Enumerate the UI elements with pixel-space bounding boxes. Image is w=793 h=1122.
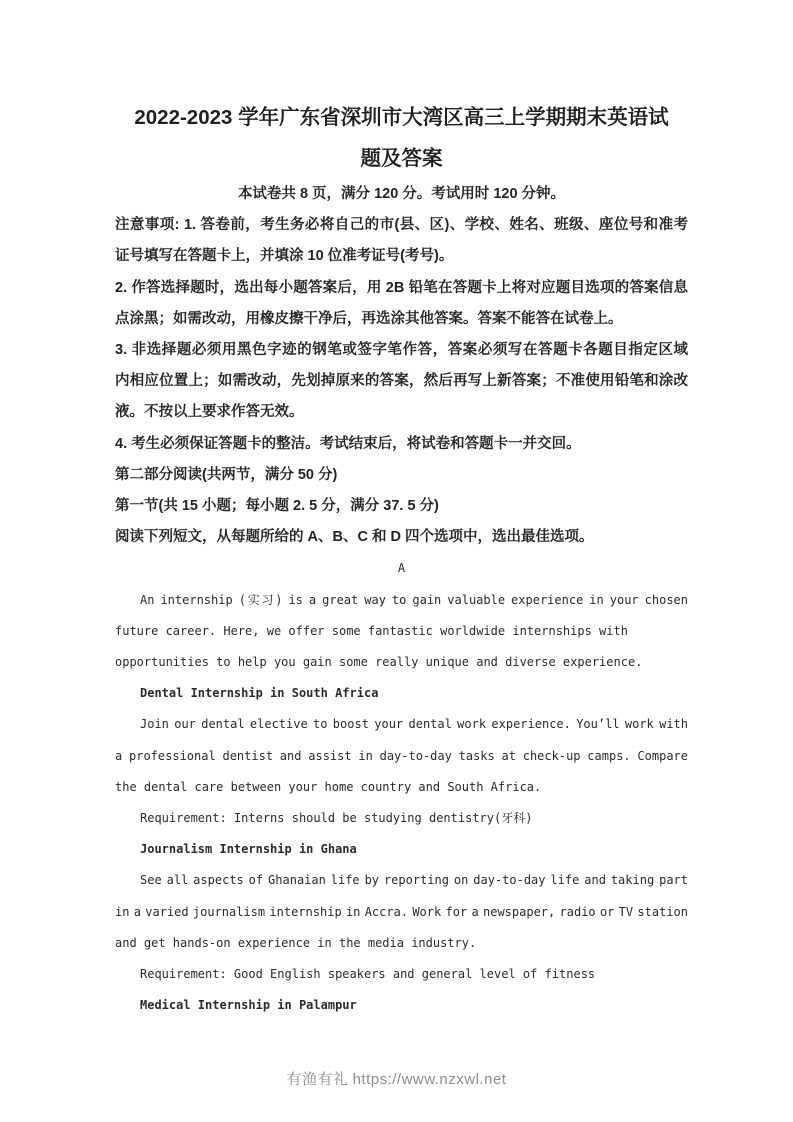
journalism-body-line-1: See all aspects of Ghanaian life by repo… [115, 865, 688, 896]
internship-heading-dental: Dental Internship in South Africa [115, 678, 688, 709]
journalism-body-line-2: in a varied journalism internship in Acc… [115, 897, 688, 928]
footer-url: https://www.nzxwl.net [351, 1071, 509, 1088]
instruction-line-3: 2. 作答选择题时，选出每小题答案后，用 2B 铅笔在答题卡上将对应题目选项的答… [115, 273, 688, 304]
instruction-line-6: 内相应位置上；如需改动，先划掉原来的答案，然后再写上新答案；不准使用铅笔和涂改 [115, 366, 688, 397]
internship-heading-journalism: Journalism Internship in Ghana [115, 834, 688, 865]
instruction-line-5: 3. 非选择题必须用黑色字迹的钢笔或签字笔作答，答案必须写在答题卡各题目指定区域 [115, 335, 688, 366]
passage-intro-line-3: opportunities to help you gain some real… [115, 647, 688, 678]
internship-heading-medical: Medical Internship in Palampur [115, 990, 688, 1021]
exam-paper-page: 2022-2023 学年广东省深圳市大湾区高三上学期期末英语试 题及答案 本试卷… [0, 0, 793, 1122]
instruction-line-1: 注意事项: 1. 答卷前，考生务必将自己的市(县、区)、学校、姓名、班级、座位号… [115, 210, 688, 241]
part-header: 第二部分阅读(共两节，满分 50 分) [115, 460, 688, 491]
dental-body-line-3: the dental care between your home countr… [115, 772, 688, 803]
passage-intro-line-1: An internship (实习) is a great way to gai… [115, 585, 688, 616]
instruction-line-2: 证号填写在答题卡上，并填涂 10 位准考证号(考号)。 [115, 241, 688, 272]
instruction-line-7: 液。不按以上要求作答无效。 [115, 397, 688, 428]
dental-body-line-2: a professional dentist and assist in day… [115, 741, 688, 772]
instruction-line-4: 点涂黑；如需改动，用橡皮擦干净后，再选涂其他答案。答案不能答在试卷上。 [115, 304, 688, 335]
document-title: 2022-2023 学年广东省深圳市大湾区高三上学期期末英语试 题及答案 [115, 97, 688, 179]
journalism-requirement: Requirement: Good English speakers and g… [115, 959, 688, 990]
journalism-body-line-3: and get hands-on experience in the media… [115, 928, 688, 959]
instruction-line-8: 4. 考生必须保证答题卡的整洁。考试结束后，将试卷和答题卡一并交回。 [115, 429, 688, 460]
section-header: 第一节(共 15 小题；每小题 2. 5 分，满分 37. 5 分) [115, 491, 688, 522]
passage-intro-line-2: future career. Here, we offer some fanta… [115, 616, 688, 647]
reading-directions: 阅读下列短文，从每题所给的 A、B、C 和 D 四个选项中，选出最佳选项。 [115, 522, 688, 553]
title-line-1: 2022-2023 学年广东省深圳市大湾区高三上学期期末英语试 [115, 97, 688, 138]
footer-watermark: 有渔有礼 [285, 1071, 351, 1088]
page-footer: 有渔有礼https://www.nzxwl.net [0, 1064, 793, 1095]
notice-section: 注意事项: 1. 答卷前，考生务必将自己的市(县、区)、学校、姓名、班级、座位号… [115, 210, 688, 460]
passage-label: A [115, 553, 688, 584]
reading-section: 第二部分阅读(共两节，满分 50 分) 第一节(共 15 小题；每小题 2. 5… [115, 460, 688, 1022]
dental-requirement: Requirement: Interns should be studying … [115, 803, 688, 834]
document-header: 2022-2023 学年广东省深圳市大湾区高三上学期期末英语试 题及答案 本试卷… [115, 97, 688, 210]
title-line-2: 题及答案 [115, 138, 688, 179]
exam-info: 本试卷共 8 页，满分 120 分。考试用时 120 分钟。 [115, 179, 688, 210]
dental-body-line-1: Join our dental elective to boost your d… [115, 709, 688, 740]
